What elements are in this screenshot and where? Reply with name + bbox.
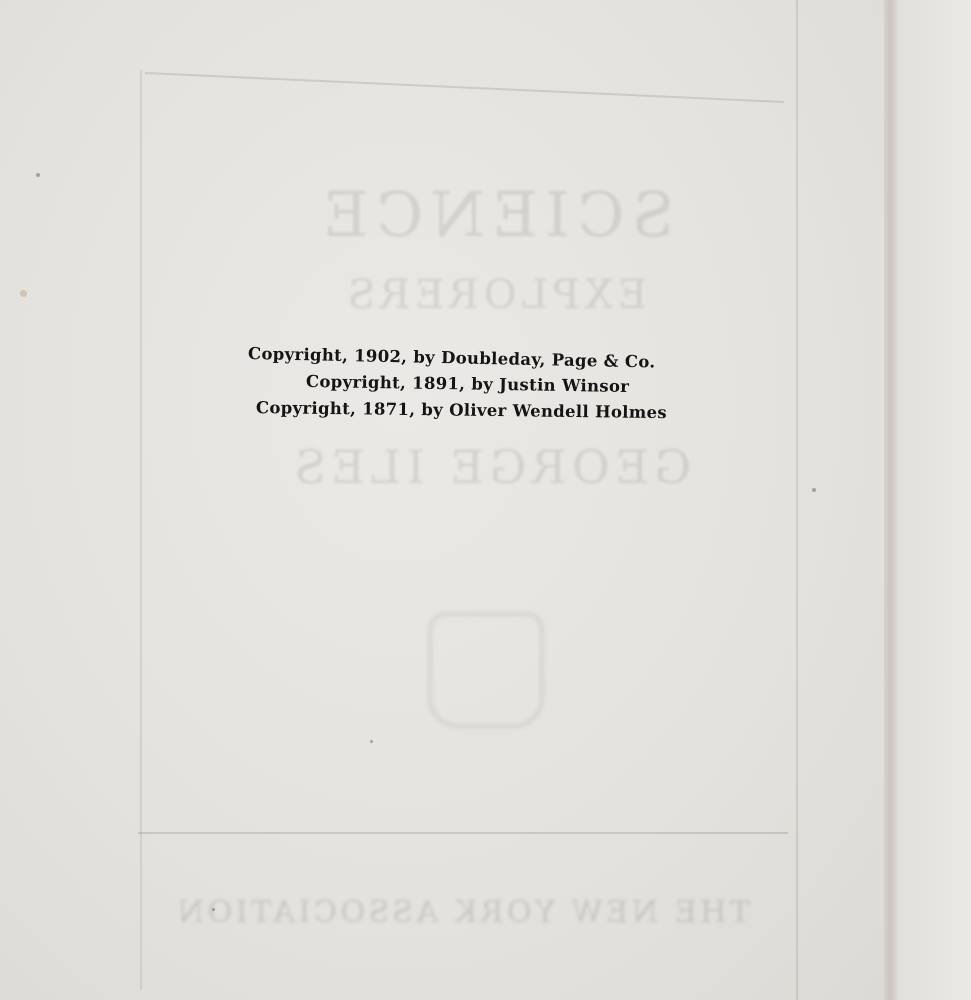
copyright-line-1871: Copyright, 1871, by Oliver Wendell Holme… <box>248 394 728 427</box>
frame-rule-top <box>143 72 784 143</box>
adjacent-page <box>898 0 971 1000</box>
frame-rule-left <box>140 70 142 990</box>
paper-speck <box>812 488 816 492</box>
paper-speck <box>212 908 215 911</box>
frame-rule-right <box>796 0 798 1000</box>
bleed-through-author: GEORGE ILES <box>270 440 710 494</box>
bleed-through-emblem-icon <box>428 612 544 728</box>
paper-speck <box>36 173 40 177</box>
frame-rule-bottom <box>138 832 788 834</box>
paper-speck <box>20 290 27 297</box>
page-edge-shadow <box>884 0 898 1000</box>
bleed-through-subtitle: EXPLORERS <box>330 272 660 318</box>
book-page: SCIENCE EXPLORERS GEORGE ILES THE NEW YO… <box>0 0 890 1000</box>
copyright-notice: Copyright, 1902, by Doubleday, Page & Co… <box>248 340 728 421</box>
bleed-through-publisher: THE NEW YORK ASSOCIATION <box>190 895 750 930</box>
paper-speck <box>370 740 373 743</box>
bleed-through-title: SCIENCE <box>300 178 690 251</box>
